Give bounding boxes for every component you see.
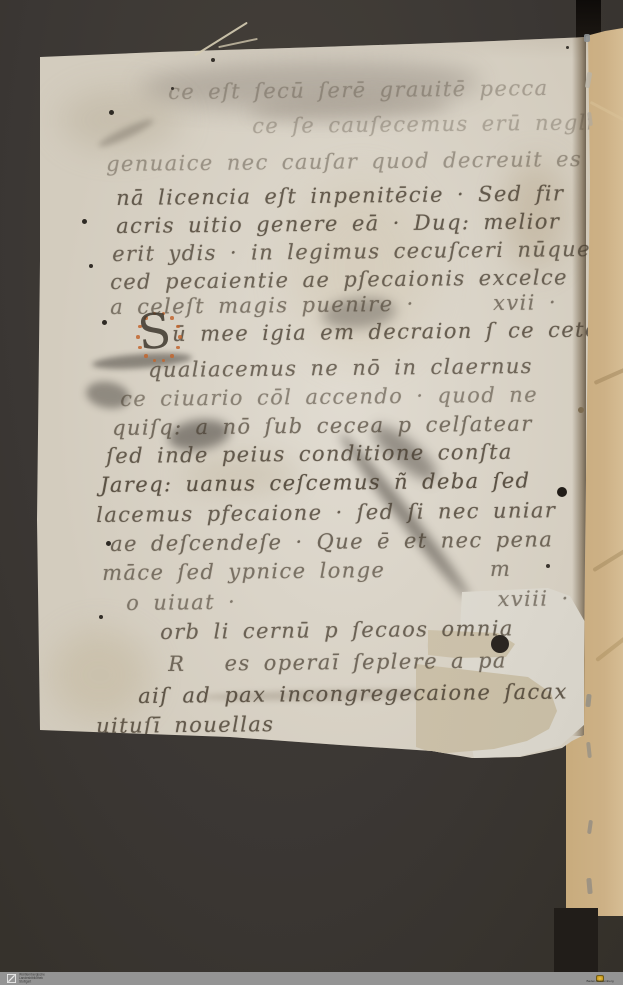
manuscript-text-line: lacemus pfecaione · ſed ſi nec uniar <box>96 498 556 527</box>
rubrication-dot <box>170 316 174 320</box>
manuscript-text-line: ce eſt ſecū ſerē grauitē pecca <box>168 76 549 104</box>
rubrication-dot <box>176 325 180 329</box>
ink-dot <box>557 487 567 497</box>
ink-dot <box>106 541 111 546</box>
manuscript-text-line: o uiuat · xviii · <box>126 586 570 615</box>
manuscript-text-line: acris uitio genere eā · Duq: melior <box>116 209 560 238</box>
manuscript-text-line: orb li cernū p ſecaos omnia <box>160 616 514 644</box>
ink-dot <box>211 58 215 62</box>
manuscript-text-line: a celeſt magis puenire · xvii · <box>110 290 557 319</box>
manuscript-text-line: ſed inde peius conditione conſta <box>106 440 513 468</box>
manuscript-text-line: nā licencia eſt inpenitēcie · Sed fir <box>116 181 564 210</box>
ink-dot <box>102 320 107 325</box>
manuscript-text-line: qualiacemus ne nō in claernus <box>148 354 533 382</box>
manuscript-text-line: ced pecaientie ae pſecaionis excelce <box>110 265 568 294</box>
ink-dot <box>89 264 93 268</box>
binding-shadow <box>554 908 598 972</box>
ink-dot <box>566 46 569 49</box>
manuscript-photo: ce eſt ſecū ſerē grauitē peccace ſe cauſ… <box>0 0 623 985</box>
ink-dot <box>578 407 584 413</box>
library-logo-icon <box>7 974 16 983</box>
manuscript-text-line: R es operaī ſeplere a pa <box>168 648 507 676</box>
rubrication-dot <box>176 346 180 350</box>
library-name: Württembergische Landesbibliothek Stuttg… <box>19 973 79 984</box>
manuscript-text-line: ce ſe cauſecemus erū negli <box>252 110 595 138</box>
manuscript-text-line: ce ciuario cōl accendo · quod ne <box>120 383 538 411</box>
ink-dot <box>99 615 103 619</box>
manuscript-text-line: aiſ ad pax incongregecaione ſacax <box>138 680 568 708</box>
manuscript-text-line: māce ſed ypnice longe m <box>102 557 511 585</box>
ink-dot <box>171 87 174 90</box>
ink-dot <box>491 635 509 653</box>
stain-mark <box>50 630 150 720</box>
library-name-line: Stuttgart <box>19 980 79 984</box>
region-label: Baden-Württemberg <box>575 980 623 983</box>
decorated-initial: S <box>136 306 174 357</box>
manuscript-text-line: ae deſcendeſe · Que ē et nec pena <box>110 527 553 556</box>
ink-dot <box>82 219 87 224</box>
ink-dot <box>546 564 550 568</box>
manuscript-text-line: ū mee igia em decraion ſ ce ceter <box>172 317 610 346</box>
library-footer-bar: Württembergische Landesbibliothek Stuttg… <box>0 972 623 985</box>
ink-dot <box>109 110 114 115</box>
surface-detail <box>584 34 590 42</box>
rubrication-dot <box>178 335 182 339</box>
manuscript-text-line: erit ydis · in legimus cecuſceri nūque <box>112 237 591 266</box>
manuscript-text-line: quiſq: a nō ſub cecea p celſatear <box>112 412 533 440</box>
manuscript-text-line: Jareq: uanus ceſcemus ñ deba ſed <box>100 468 531 497</box>
